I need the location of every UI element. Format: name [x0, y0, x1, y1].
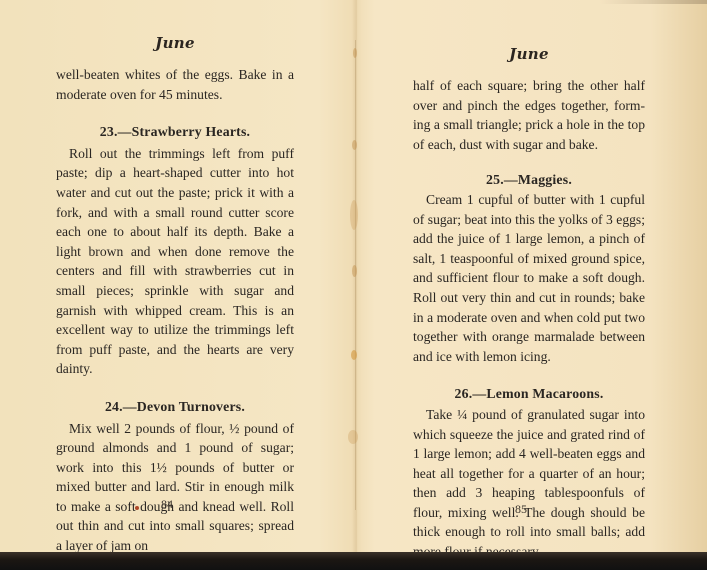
recipe-title: 23.—Strawberry Hearts. — [56, 122, 294, 142]
gutter-stain — [350, 200, 358, 230]
recipe-title: 26.—Lemon Macaroons. — [413, 384, 645, 404]
book-spread: June well-beaten whites of the eggs. Bak… — [0, 0, 707, 562]
running-head: June — [56, 34, 294, 54]
running-head: June — [413, 45, 645, 65]
gutter-stain — [353, 48, 357, 58]
book-gutter — [352, 0, 362, 562]
gutter-stain — [352, 265, 357, 277]
recipe-title: 24.—Devon Turnovers. — [56, 397, 294, 417]
page-body: half of each square; bring the other hal… — [413, 76, 645, 562]
book-bottom-edge — [0, 552, 707, 570]
page-number: 85 — [405, 500, 637, 520]
page-edge — [600, 0, 707, 4]
page-body: well-beaten whites of the eggs. Bake in … — [56, 65, 294, 556]
recipe-title: 25.—Maggies. — [413, 170, 645, 190]
recipe-text: Cream 1 cupful of butter with 1 cupful o… — [413, 190, 645, 366]
ink-speck — [135, 506, 139, 510]
gutter-stain — [351, 350, 357, 360]
page-number: 84 — [48, 495, 286, 515]
recipe-text: Mix well 2 pounds of flour, ½ pound of g… — [56, 419, 294, 556]
continuation-text: half of each square; bring the other hal… — [413, 76, 645, 154]
gutter-stain — [348, 430, 358, 444]
gutter-stain — [352, 140, 357, 150]
continuation-text: well-beaten whites of the eggs. Bake in … — [56, 65, 294, 104]
recipe-text: Roll out the trimmings left from puff pa… — [56, 144, 294, 379]
recipe-text: Take ¼ pound of granulated sugar into wh… — [413, 405, 645, 562]
